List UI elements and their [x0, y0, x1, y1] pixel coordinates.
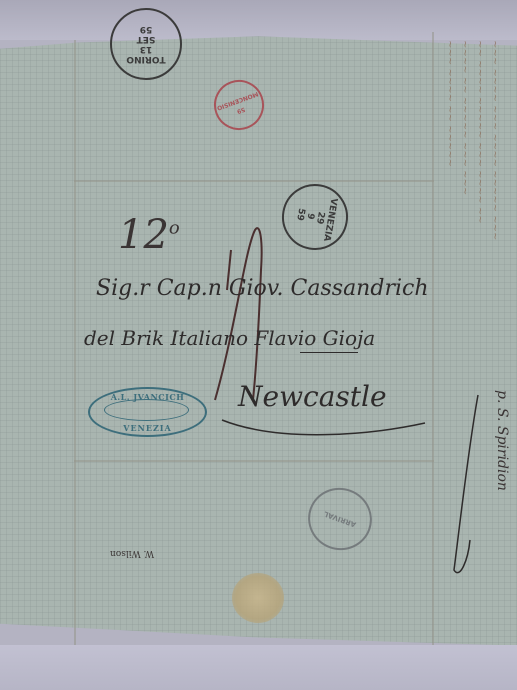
oval-inner-ring [104, 399, 189, 421]
background-top [0, 0, 517, 40]
small-mark-bottom-left: W. Wilson [110, 548, 154, 558]
fold-line-left [74, 40, 76, 650]
faded-text-3: ~~~~ ~~ ~~~~~ ~~~ ~~~ [459, 40, 470, 195]
underline-flourish [220, 415, 430, 445]
faded-text-2: ~~ ~~~~ ~~~~~ ~~~ ~~~~ ~~ [474, 40, 485, 223]
faded-text-1: ~~~ ~~~~ ~~~ ~~~~ ~~~~~ ~~~ [489, 40, 500, 240]
address-line-2: del Brik Italiano Flavio Gioja [84, 326, 375, 350]
side-flourish [448, 390, 488, 590]
address-line-3: Newcastle [238, 380, 387, 413]
fold-line-bottom [74, 460, 434, 462]
background-bottom [0, 645, 517, 690]
rate-marking: 12o [118, 212, 180, 258]
forwarder-oval-handstamp: A.L. JVANCICH VENEZIA [88, 387, 207, 437]
underline-ship-name [300, 352, 358, 353]
wax-seal [232, 573, 284, 623]
faded-text-4: ~~~ ~~~~ ~~ ~~~~~ [444, 40, 455, 167]
fold-line-top [74, 180, 434, 182]
side-manuscript: p. S. Spiridion [494, 390, 510, 491]
address-line-1: Sig.r Cap.n Giov. Cassandrich [96, 276, 428, 301]
torino-postmark: TORINO 13 SET 59 [110, 8, 182, 80]
fold-line-right [432, 32, 434, 657]
